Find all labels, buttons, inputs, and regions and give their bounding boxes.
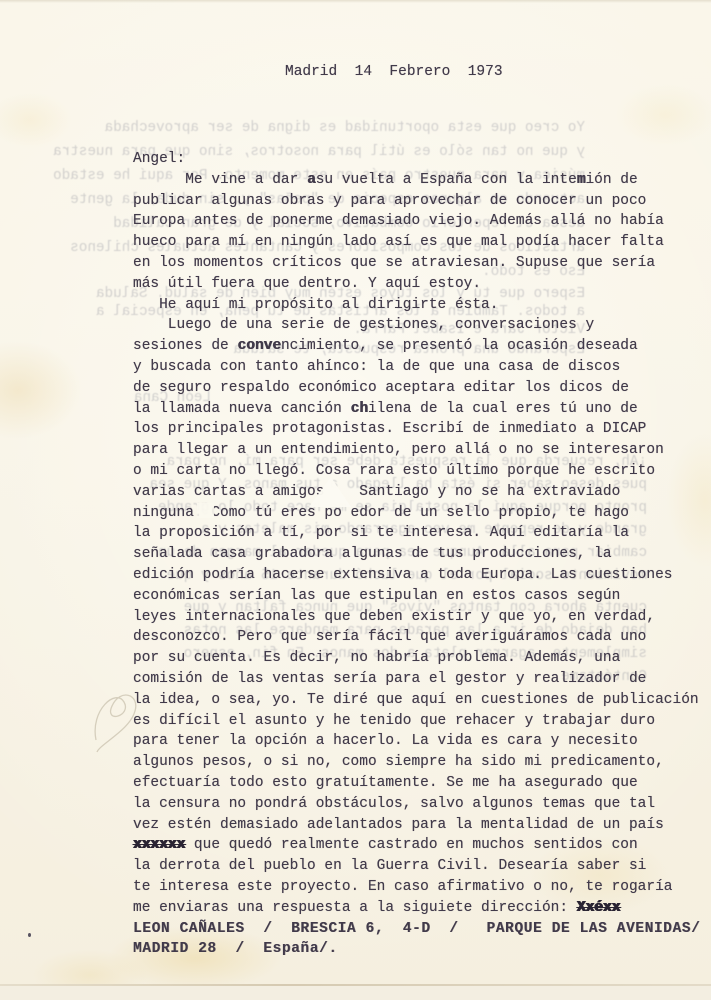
letter-line: desconozco. Pero que sería fácil que ave… [133,627,646,648]
letter-text: a [307,172,316,188]
ink-speck [28,933,31,937]
letter-text: ión de [585,172,637,188]
letter-line: edición podría hacerse extensiva a toda … [133,565,673,586]
letter-line: vez estén demasiado adelantados para la … [133,815,664,836]
letter-line: los principales protagonistas. Escribí d… [133,419,646,440]
letter-line: xxxxxx que quedó realmente castrado en m… [133,835,638,856]
scanned-letter-page: Yo creo que esta oportunidad es digna de… [0,0,711,1000]
letter-text: que quedó realmente castrado en muchos s… [185,837,637,853]
letter-line: leyes internacionales que deben existir … [133,607,655,628]
letter-line: hueco para mí en ningún lado así es que … [133,232,664,253]
correction-fluid-patch [197,503,214,518]
letter-line: algunos pesos, o si no, como siempre ha … [133,752,664,773]
pencil-scribble [84,668,156,760]
letter-text: ch [351,401,368,417]
letter-line: He aquí mi propósito al dirigirte ésta. [133,295,498,316]
letter-line: o mi carta no llegó. Cosa rara esto últi… [133,461,655,482]
letter-line: señalada casa grabadora algunas de tus p… [133,544,612,565]
letter-line: efectuaría todo esto gratuítamente. Se m… [133,773,638,794]
fold-crease [0,984,711,1000]
letter-line: económicas serían las que estipulan en e… [133,586,620,607]
letter-line: la idea, o sea, yo. Te diré que aquí en … [133,690,699,711]
letter-line: por su cuenta. Es decir, no habría probl… [133,648,620,669]
letter-line: la derrota del pueblo en la Guerra Civil… [133,856,646,877]
struck-out-word: Xxéxx [577,900,621,916]
letter-line: Europa antes de ponerme demasiado viejo.… [133,211,664,232]
letter-line: MADRID 28 / España/. [133,939,338,960]
letter-line: sesiones de convencimiento, se presentó … [133,336,638,357]
letter-line: en los momentos críticos que se atravies… [133,253,655,274]
letter-line: comisión de las ventas sería para el ges… [133,669,646,690]
letter-line: varias cartas a amigos Santiago y no se … [133,482,620,503]
letter-text: la llamada nueva canción [133,401,351,417]
letter-line: de seguro respaldo económico aceptara ed… [133,378,629,399]
letter-line: Angel: [133,149,185,170]
letter-text: Me vine a dar [133,172,307,188]
letter-text: su vuelta a España con la inte [316,172,577,188]
letter-text: conve [237,338,281,354]
letter-text: sesiones de [133,338,237,354]
letter-line: para tener la opción a hacerlo. La vida … [133,731,638,752]
letter-line: más útil fuera que dentro. Y aquí estoy. [133,274,481,295]
letter-line: te interesa este proyecto. En caso afirm… [133,877,673,898]
letter-line: publicar algunas obras y para aprovechar… [133,191,646,212]
letter-line: para llegar a un entendimiento, pero all… [133,440,664,461]
letter-line: la llamada nueva canción chilena de la c… [133,399,638,420]
letter-line: y buscada con tanto ahínco: la de que un… [133,357,620,378]
letter-line: la censura no pondrá obstáculos, salvo a… [133,794,655,815]
letter-body: Angel: Me vine a dar asu vuelta a España… [0,0,711,1000]
letter-line: Luego de una serie de gestiones, convers… [133,315,594,336]
struck-out-word: xxxxxx [133,837,185,853]
letter-line: LEON CAÑALES / BRESCIA 6, 4-D / PARQUE D… [133,919,700,940]
letter-line: Me vine a dar asu vuelta a España con la… [133,170,638,191]
letter-text: ncimiento, se presentó la ocasión desead… [281,338,638,354]
letter-line: me enviaras una respuesta a la siguiete … [133,898,620,919]
letter-line: la proposición a tí, por si te interesa.… [133,523,629,544]
letter-text: ilena de la cual eres tú uno de [368,401,638,417]
letter-line: es difícil el asunto y he tenido que reh… [133,711,655,732]
letter-text: me enviaras una respuesta a la siguiete … [133,900,577,916]
